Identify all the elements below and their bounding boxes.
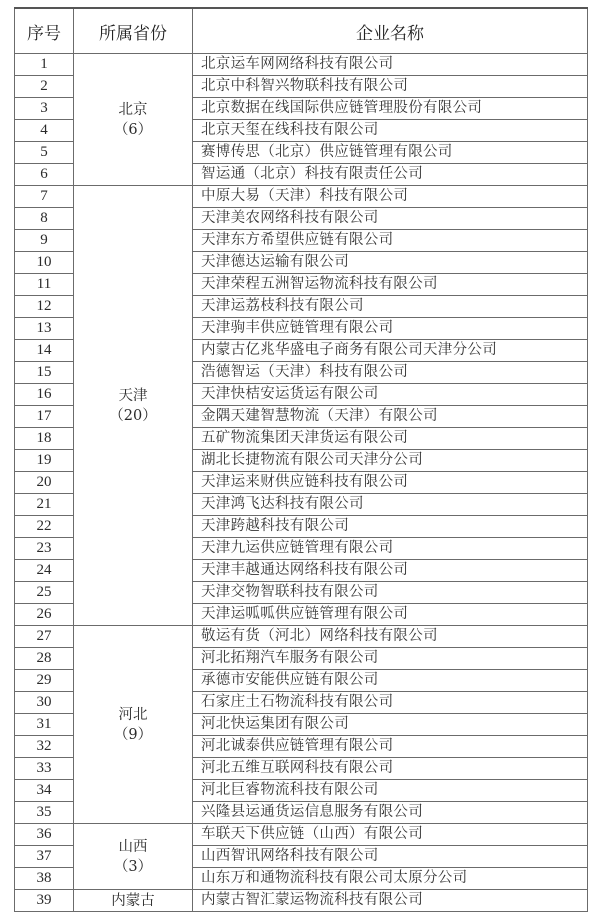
row-index: 9 [15,230,74,252]
company-name: 车联天下供应链（山西）有限公司 [193,824,588,846]
company-name: 天津荣程五洲智运物流科技有限公司 [193,274,588,296]
province-cell: 北京（6） [74,54,193,186]
row-index: 5 [15,142,74,164]
row-index: 33 [15,758,74,780]
row-index: 36 [15,824,74,846]
company-name: 敬运有货（河北）网络科技有限公司 [193,626,588,648]
table-row: 39内蒙古内蒙古智汇蒙运物流科技有限公司 [15,890,588,912]
enterprise-table: 序号 所属省份 企业名称 1北京（6）北京运车网网络科技有限公司2北京中科智兴物… [14,7,588,912]
row-index: 24 [15,560,74,582]
row-index: 30 [15,692,74,714]
row-index: 10 [15,252,74,274]
company-name: 天津驹丰供应链管理有限公司 [193,318,588,340]
row-index: 27 [15,626,74,648]
company-name: 金隅天建智慧物流（天津）有限公司 [193,406,588,428]
row-index: 32 [15,736,74,758]
company-name: 兴隆县运通货运信息服务有限公司 [193,802,588,824]
row-index: 1 [15,54,74,76]
row-index: 26 [15,604,74,626]
row-index: 19 [15,450,74,472]
province-name: 北京 [74,100,192,120]
company-name: 石家庄土石物流科技有限公司 [193,692,588,714]
row-index: 16 [15,384,74,406]
row-index: 25 [15,582,74,604]
province-name: 河北 [74,705,192,725]
header-company-name: 企业名称 [193,8,588,54]
row-index: 34 [15,780,74,802]
company-name: 浩德智运（天津）科技有限公司 [193,362,588,384]
province-count: （6） [74,120,192,140]
company-name: 北京运车网网络科技有限公司 [193,54,588,76]
company-name: 中原大易（天津）科技有限公司 [193,186,588,208]
company-name: 天津东方希望供应链有限公司 [193,230,588,252]
row-index: 4 [15,120,74,142]
company-name: 天津鸿飞达科技有限公司 [193,494,588,516]
province-count: （20） [74,406,192,426]
company-name: 天津交物智联科技有限公司 [193,582,588,604]
company-name: 天津运呱呱供应链管理有限公司 [193,604,588,626]
table-body: 1北京（6）北京运车网网络科技有限公司2北京中科智兴物联科技有限公司3北京数据在… [15,54,588,912]
company-name: 天津跨越科技有限公司 [193,516,588,538]
company-name: 内蒙古智汇蒙运物流科技有限公司 [193,890,588,912]
row-index: 28 [15,648,74,670]
province-cell: 山西（3） [74,824,193,890]
row-index: 23 [15,538,74,560]
company-name: 山东万和通物流科技有限公司太原分公司 [193,868,588,890]
header-province: 所属省份 [74,8,193,54]
row-index: 31 [15,714,74,736]
row-index: 17 [15,406,74,428]
row-index: 13 [15,318,74,340]
header-index: 序号 [15,8,74,54]
row-index: 8 [15,208,74,230]
company-name: 北京中科智兴物联科技有限公司 [193,76,588,98]
row-index: 14 [15,340,74,362]
company-name: 天津九运供应链管理有限公司 [193,538,588,560]
table-row: 36山西（3）车联天下供应链（山西）有限公司 [15,824,588,846]
table-row: 27河北（9）敬运有货（河北）网络科技有限公司 [15,626,588,648]
row-index: 22 [15,516,74,538]
row-index: 35 [15,802,74,824]
row-index: 29 [15,670,74,692]
row-index: 20 [15,472,74,494]
company-name: 承德市安能供应链有限公司 [193,670,588,692]
province-name: 内蒙古 [74,891,192,911]
company-name: 河北快运集团有限公司 [193,714,588,736]
row-index: 37 [15,846,74,868]
row-index: 12 [15,296,74,318]
company-name: 天津运来财供应链科技有限公司 [193,472,588,494]
row-index: 3 [15,98,74,120]
company-name: 天津德达运输有限公司 [193,252,588,274]
company-name: 湖北长捷物流有限公司天津分公司 [193,450,588,472]
company-name: 智运通（北京）科技有限责任公司 [193,164,588,186]
province-count: （3） [74,857,192,877]
row-index: 18 [15,428,74,450]
header-row: 序号 所属省份 企业名称 [15,8,588,54]
province-name: 天津 [74,386,192,406]
company-name: 北京天玺在线科技有限公司 [193,120,588,142]
company-name: 天津美农网络科技有限公司 [193,208,588,230]
row-index: 11 [15,274,74,296]
company-name: 河北拓翔汽车服务有限公司 [193,648,588,670]
company-name: 河北巨睿物流科技有限公司 [193,780,588,802]
table-row: 1北京（6）北京运车网网络科技有限公司 [15,54,588,76]
company-name: 河北五维互联网科技有限公司 [193,758,588,780]
table-row: 7天津（20）中原大易（天津）科技有限公司 [15,186,588,208]
company-name: 天津快桔安运货运有限公司 [193,384,588,406]
company-name: 五矿物流集团天津货运有限公司 [193,428,588,450]
row-index: 21 [15,494,74,516]
province-count: （9） [74,725,192,745]
company-name: 天津丰越通达网络科技有限公司 [193,560,588,582]
company-name: 北京数据在线国际供应链管理股份有限公司 [193,98,588,120]
row-index: 39 [15,890,74,912]
province-cell: 天津（20） [74,186,193,626]
row-index: 15 [15,362,74,384]
company-name: 河北诚泰供应链管理有限公司 [193,736,588,758]
company-name: 赛博传思（北京）供应链管理有限公司 [193,142,588,164]
row-index: 6 [15,164,74,186]
row-index: 2 [15,76,74,98]
company-name: 内蒙古亿兆华盛电子商务有限公司天津分公司 [193,340,588,362]
province-cell: 内蒙古 [74,890,193,912]
province-cell: 河北（9） [74,626,193,824]
province-name: 山西 [74,837,192,857]
row-index: 7 [15,186,74,208]
company-name: 山西智讯网络科技有限公司 [193,846,588,868]
row-index: 38 [15,868,74,890]
company-name: 天津运荔枝科技有限公司 [193,296,588,318]
